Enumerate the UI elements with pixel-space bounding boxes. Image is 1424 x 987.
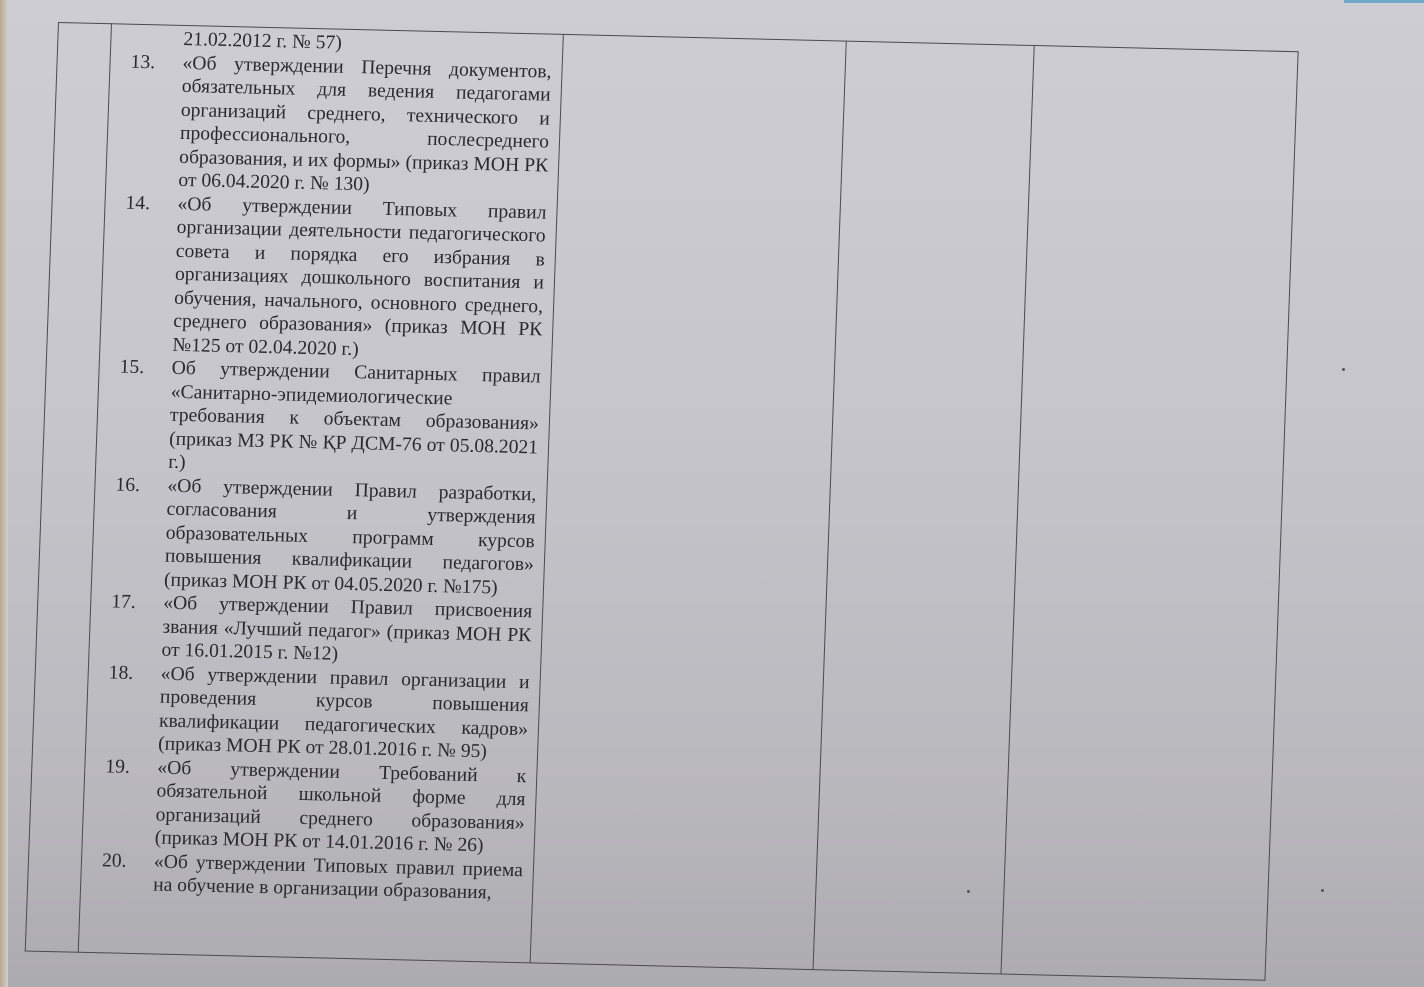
cell-regulations-list: 21.02.2012 г. № 57) 13.«Об утверждении П… xyxy=(78,24,563,963)
item-number: 13. xyxy=(130,50,179,75)
regulations-table: 21.02.2012 г. № 57) 13.«Об утверждении П… xyxy=(25,22,1299,981)
list-item: 18.«Об утверждении правил организации и … xyxy=(106,661,530,765)
list-item: 16.«Об утверждении Правил разработки, со… xyxy=(112,473,537,600)
cell-empty-column-5 xyxy=(1001,46,1298,981)
item-text: «Об утверждении Перечня документов, обяз… xyxy=(178,52,552,195)
photo-edge-left xyxy=(0,0,8,987)
item-text: «Об утверждении Правил присвоения звания… xyxy=(161,593,532,665)
regulations-list: 13.«Об утверждении Перечня документов, о… xyxy=(101,50,552,905)
list-item: 20.«Об утверждении Типовых правил приема… xyxy=(101,849,524,906)
table-row: 21.02.2012 г. № 57) 13.«Об утверждении П… xyxy=(25,23,1298,981)
photo-edge-top-right xyxy=(1344,0,1424,3)
paper-speck xyxy=(1321,889,1324,892)
list-item: 17.«Об утверждении Правил присвоения зва… xyxy=(109,590,532,670)
item-number: 14. xyxy=(125,191,174,216)
item-text: «Об утверждении Типовых правил организац… xyxy=(172,193,547,359)
list-item: 15.Об утверждении Санитарных правил «Сан… xyxy=(116,356,541,483)
item-number: 16. xyxy=(115,473,164,498)
list-item: 14.«Об утверждении Типовых правил органи… xyxy=(120,191,547,365)
document-page: 21.02.2012 г. № 57) 13.«Об утверждении П… xyxy=(24,22,1297,987)
item-number: 19. xyxy=(105,755,154,780)
regulations-content: 21.02.2012 г. № 57) 13.«Об утверждении П… xyxy=(81,24,563,906)
list-item: 13.«Об утверждении Перечня документов, о… xyxy=(126,50,552,201)
item-number: 18. xyxy=(108,661,157,686)
paper-speck xyxy=(967,890,970,893)
cell-empty-column-3 xyxy=(530,34,846,969)
item-number: 15. xyxy=(119,356,168,381)
item-text: «Об утверждении Правил разработки, согла… xyxy=(164,475,537,598)
item-number: 17. xyxy=(111,590,160,615)
item-number: 20. xyxy=(102,849,151,874)
item-text: «Об утверждении Типовых правил приема на… xyxy=(153,851,523,903)
item-text: «Об утверждении правил организации и про… xyxy=(158,663,530,762)
item-text: «Об утверждении Требований к обязательно… xyxy=(154,757,526,856)
cell-empty-column-4 xyxy=(813,41,1034,974)
item-text: Об утверждении Санитарных правил «Санита… xyxy=(168,358,541,473)
paper-speck xyxy=(1342,368,1345,371)
list-item: 19.«Об утверждении Требований к обязател… xyxy=(102,755,526,859)
